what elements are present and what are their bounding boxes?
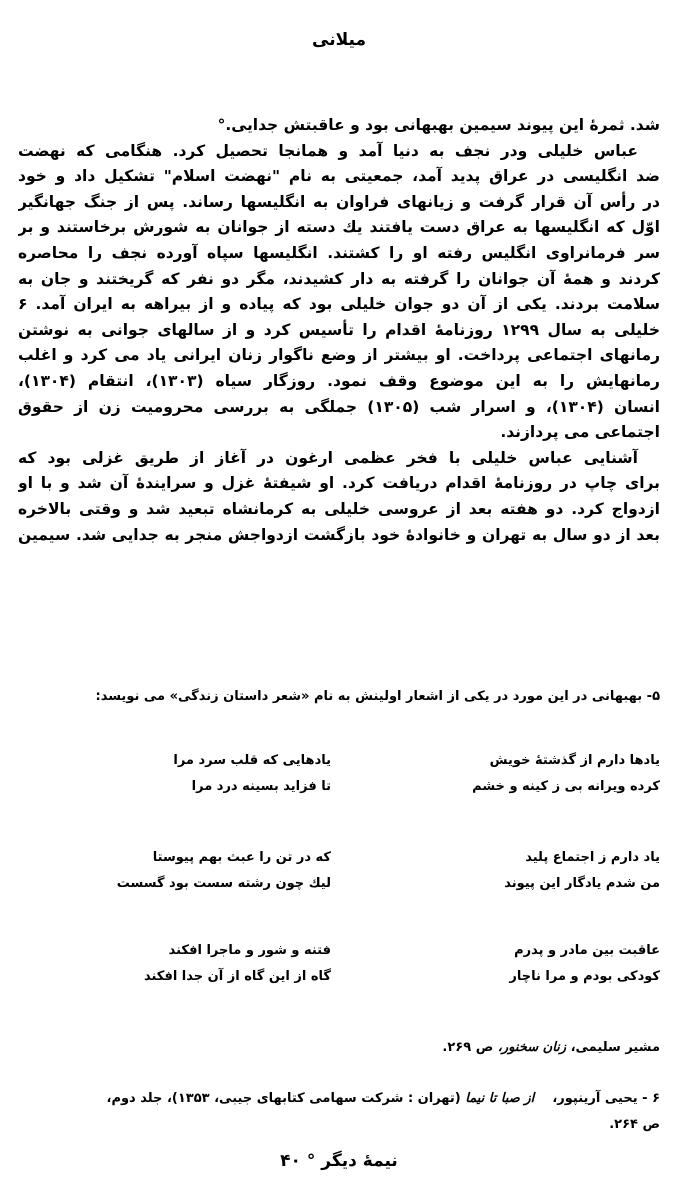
hemistich-right: من شدم یادگار این پیوند xyxy=(450,876,660,891)
running-title: نیمهٔ دیگر xyxy=(321,1151,398,1171)
separator: ° xyxy=(307,1151,316,1171)
text-line: رمانهای اجتماعی پرداخت. او بیشتر از وضع … xyxy=(18,343,660,369)
footnote-5-intro: ۵- بهبهانی در این مورد در یکی از اشعار ا… xyxy=(18,689,660,704)
cite-title: زنان سخنور، xyxy=(498,1040,566,1055)
cite-publication: (تهران : شرکت سهامی کتابهای جیبی، ۱۳۵۳)،… xyxy=(107,1091,461,1106)
page-footer: نیمهٔ دیگر ° ۴۰ xyxy=(0,1151,678,1171)
hemistich-right: کودکی بودم و مرا ناچار xyxy=(450,969,660,984)
cite-page: ص ۲۶۹. xyxy=(442,1040,493,1055)
poem-verse: یاد دارم ز اجتماع پلید که در تن را عبث ب… xyxy=(0,850,678,876)
text-line: آشنایی عباس خلیلی با فخر عظمی ارغون در آ… xyxy=(18,446,660,472)
hemistich-right: عاقبت بین مادر و پدرم xyxy=(450,943,660,958)
hemistich-left: لیك چون رشته سست بود گسست xyxy=(101,876,331,891)
poem-verse: کودکی بودم و مرا ناچار گاه از این گاه از… xyxy=(0,969,678,995)
text-line: در رأس آن قرار گرفت و زیانهای فراوان به … xyxy=(18,190,660,216)
cite-title: از صبا تا نیما xyxy=(465,1091,534,1106)
cite-author: یحیی آرینپور، xyxy=(552,1091,637,1106)
text-line: شد. ثمرهٔ این پیوند سیمین بهبهانی بود و … xyxy=(18,113,660,139)
text-line: ازدواج کرد. دو هفته بعد از عروسی خلیلی ب… xyxy=(18,497,660,523)
text-line: خلیلی به سال ۱۲۹۹ روزنامهٔ اقدام را تأسی… xyxy=(18,318,660,344)
hemistich-left: فتنه و شور و ماجرا افکند xyxy=(101,943,331,958)
text-line: ضد انگلیسی در عراق پدید آمد، جمعیتی به ن… xyxy=(18,164,660,190)
cite-author: مشیر سلیمی، xyxy=(571,1040,660,1055)
text-line: سر فرمانراوی انگلیس رفته او را کشتند. ان… xyxy=(18,241,660,267)
hemistich-left: گاه از این گاه از آن جدا افکند xyxy=(101,969,331,984)
footnote-5-citation: مشیر سلیمی، زنان سخنور، ص ۲۶۹. xyxy=(18,1040,660,1055)
text-line: عباس خلیلی ودر نجف به دنیا آمد و همانجا … xyxy=(18,139,660,165)
cite-page: ص ۲۶۴. xyxy=(609,1117,660,1132)
poem-verse: عاقبت بین مادر و پدرم فتنه و شور و ماجرا… xyxy=(0,943,678,969)
text-line: کردند و همهٔ آن جوانان را گرفته به دار ک… xyxy=(18,267,660,293)
text-line: سلامت بردند. یکی از آن دو جوان خلیلی بود… xyxy=(18,292,660,318)
footnote-number: ۶ - xyxy=(642,1091,660,1106)
hemistich-left: یادهایی که قلب سرد مرا xyxy=(101,753,331,768)
hemistich-left: تا فزاید بسینه درد مرا xyxy=(101,779,331,794)
text-line: اجتماعی می پردازند. xyxy=(18,420,660,446)
text-line: اوّل که انگلیسها به عراق دست یافتند یك د… xyxy=(18,215,660,241)
poem-verse: من شدم یادگار این پیوند لیك چون رشته سست… xyxy=(0,876,678,902)
text-line: برای چاپ در روزنامهٔ اقدام دریافت کرد. ا… xyxy=(18,471,660,497)
poem-stanza-2: یاد دارم ز اجتماع پلید که در تن را عبث ب… xyxy=(0,850,678,902)
main-text: شد. ثمرهٔ این پیوند سیمین بهبهانی بود و … xyxy=(18,113,660,548)
poem-stanza-1: یادها دارم از گذشتهٔ خویش یادهایی که قلب… xyxy=(0,753,678,805)
hemistich-left: که در تن را عبث بهم پیوستا xyxy=(101,850,331,865)
poem-stanza-3: عاقبت بین مادر و پدرم فتنه و شور و ماجرا… xyxy=(0,943,678,995)
running-header: میلانی xyxy=(0,30,678,50)
hemistich-right: یادها دارم از گذشتهٔ خویش xyxy=(450,753,660,768)
page-number: ۴۰ xyxy=(280,1151,301,1171)
poem-verse: یادها دارم از گذشتهٔ خویش یادهایی که قلب… xyxy=(0,753,678,779)
hemistich-right: کرده ویرانه بی ز کینه و خشم xyxy=(450,779,660,794)
text-line: بعد از دو سال به تهران و خانوادهٔ خود با… xyxy=(18,523,660,549)
text-line: رمانهایش را به این موضوع وقف نمود. روزگا… xyxy=(18,369,660,395)
footnote-6: ۶ - یحیی آرینپور، از صبا تا نیما (تهران … xyxy=(18,1086,660,1138)
text-line: انسان (۱۳۰۴)، و اسرار شب (۱۳۰۵) جملگی به… xyxy=(18,395,660,421)
poem-verse: کرده ویرانه بی ز کینه و خشم تا فزاید بسی… xyxy=(0,779,678,805)
hemistich-right: یاد دارم ز اجتماع پلید xyxy=(450,850,660,865)
